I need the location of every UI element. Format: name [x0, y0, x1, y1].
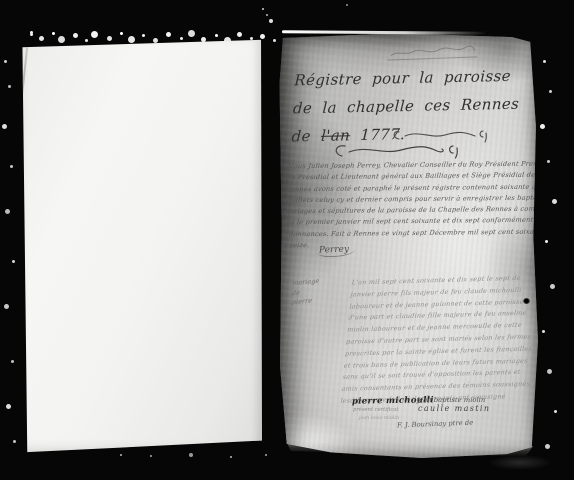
certification-paragraph: Nous Julien Joseph Perrey, Chevalier Con…: [280, 159, 540, 252]
manuscript-page: Régistre pour la paroisse de la chapelle…: [279, 32, 538, 461]
scanned-register-page: Régistre pour la paroisse de la chapelle…: [0, 0, 574, 480]
flourish-icon: [391, 127, 491, 143]
signature: jean baptiste miolin: [417, 396, 485, 404]
faint-inscription-icon: [387, 42, 477, 60]
film-speckle-left: [4, 60, 7, 63]
ink-blot: [523, 298, 530, 304]
film-smudge: [488, 455, 552, 470]
flourish-icon: [331, 142, 467, 160]
signature: jean louis miolin: [359, 416, 399, 421]
marriage-entry-paragraph: L'an mil sept cent soixante et dix sept …: [340, 272, 544, 408]
film-speckle-gutter: [262, 8, 264, 10]
margin-note: mariage de pierre: [292, 277, 320, 308]
film-speckle-bottom: [120, 454, 122, 456]
left-blank-page: [21, 39, 262, 453]
signature: caulle mastin: [418, 404, 490, 413]
signature: présent certificat: [353, 407, 398, 413]
film-speckle-right: [543, 60, 546, 63]
title-line: de la chapelle ces Rennes: [292, 90, 525, 123]
page-fold-line: [20, 44, 29, 110]
film-speckle-top: [30, 31, 33, 34]
